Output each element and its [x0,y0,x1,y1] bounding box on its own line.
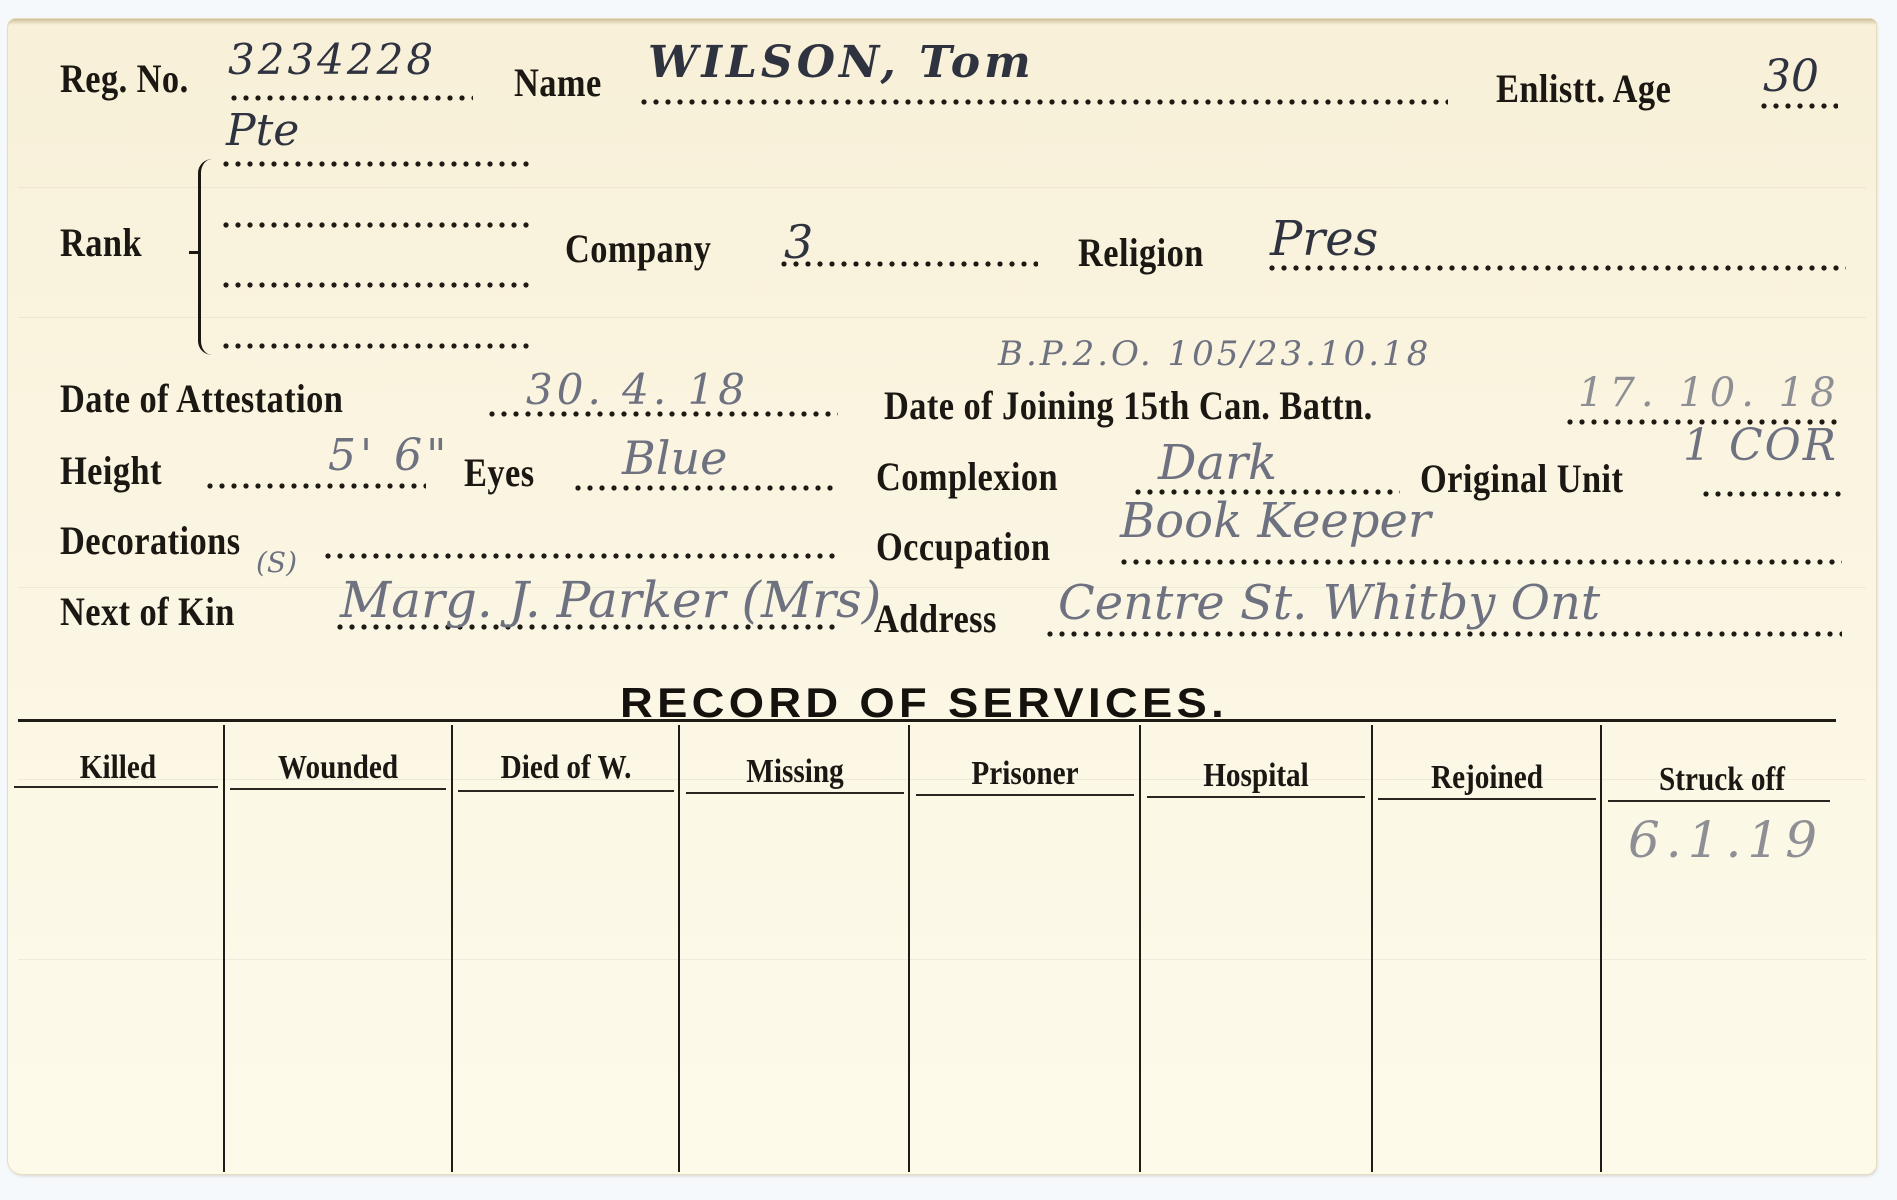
name-value: WILSON, Tom [648,41,1035,85]
column-divider [1371,725,1373,1172]
column-divider [678,725,680,1172]
enlistment-age-label: Enlistt. Age [1496,69,1671,109]
column-underline [916,794,1134,796]
rank-line-2 [220,222,532,228]
rank-line-3 [220,282,532,288]
next-of-kin-prefix: (S) [256,549,297,577]
column-header-missing: Missing [700,753,891,791]
company-label: Company [565,229,711,269]
rank-brace [198,159,215,355]
ruling-line [18,959,1866,960]
service-record-card: Reg. No. 3234228 Name WILSON, Tom Enlist… [8,19,1876,1174]
name-dots [638,99,1448,105]
company-value: 3 [784,219,813,265]
column-divider [223,725,225,1172]
occupation-label: Occupation [876,527,1050,567]
complexion-value: Dark [1158,439,1277,487]
rank-line-4 [220,343,532,349]
height-dots [204,483,426,489]
column-header-prisoner: Prisoner [930,755,1121,793]
column-underline [230,788,446,790]
height-value: 5' 6" [328,434,450,478]
struck-off-value: 6.1.19 [1628,815,1823,865]
religion-label: Religion [1078,233,1204,273]
age-dots [1758,103,1838,109]
column-divider [1600,725,1602,1172]
office-annotation: B.P.2.O. 105/23.10.18 [998,337,1431,371]
occupation-dots [1118,559,1842,565]
address-dots [1044,631,1842,637]
rank-value: Pte [226,109,299,153]
column-header-killed: Killed [32,749,204,787]
column-header-hospital: Hospital [1161,757,1352,795]
reg-no-label: Reg. No. [60,59,189,99]
joining-label: Date of Joining 15th Can. Battn. [884,386,1373,426]
address-label: Address [874,599,997,639]
original-unit-value: 1 COR [1683,424,1838,468]
company-dots [778,261,1038,267]
table-top-rule [18,719,1836,722]
column-header-rejoined: Rejoined [1392,759,1583,797]
address-value: Centre St. Whitby Ont [1058,579,1600,627]
column-header-died-of-wounds: Died of W. [471,749,660,787]
column-underline [1608,800,1830,802]
eyes-value: Blue [622,435,727,481]
eyes-dots [572,485,836,491]
rank-label: Rank [60,223,142,263]
original-unit-label: Original Unit [1420,459,1623,499]
eyes-label: Eyes [464,453,535,493]
column-underline [1378,798,1596,800]
joining-value: 17. 10. 18 [1578,373,1842,413]
reg-no-value: 3234228 [228,39,436,81]
rank-brace-tip [189,251,199,254]
attestation-label: Date of Attestation [60,379,343,419]
next-of-kin-label: Next of Kin [60,592,235,632]
column-divider [451,725,453,1172]
decorations-dots [322,553,838,559]
column-divider [1139,725,1141,1172]
original-unit-dots [1700,491,1842,497]
column-underline [1147,796,1365,798]
ruling-line [18,187,1866,188]
rank-line-1 [220,161,532,167]
enlistment-age-value: 30 [1763,55,1819,99]
column-header-struck-off: Struck off [1622,761,1822,799]
height-label: Height [60,451,162,491]
religion-value: Pres [1270,215,1378,263]
occupation-value: Book Keeper [1120,497,1431,545]
name-label: Name [514,63,602,103]
column-underline [686,792,904,794]
column-header-wounded: Wounded [243,749,432,787]
reg-no-dots [228,95,473,101]
attestation-value: 30. 4. 18 [526,369,749,411]
complexion-label: Complexion [876,457,1058,497]
column-divider [908,725,910,1172]
ruling-line [18,317,1866,318]
column-underline [14,786,218,788]
next-of-kin-value: Marg. J. Parker (Mrs) [340,575,881,625]
column-underline [458,790,674,792]
decorations-label: Decorations [60,521,241,561]
